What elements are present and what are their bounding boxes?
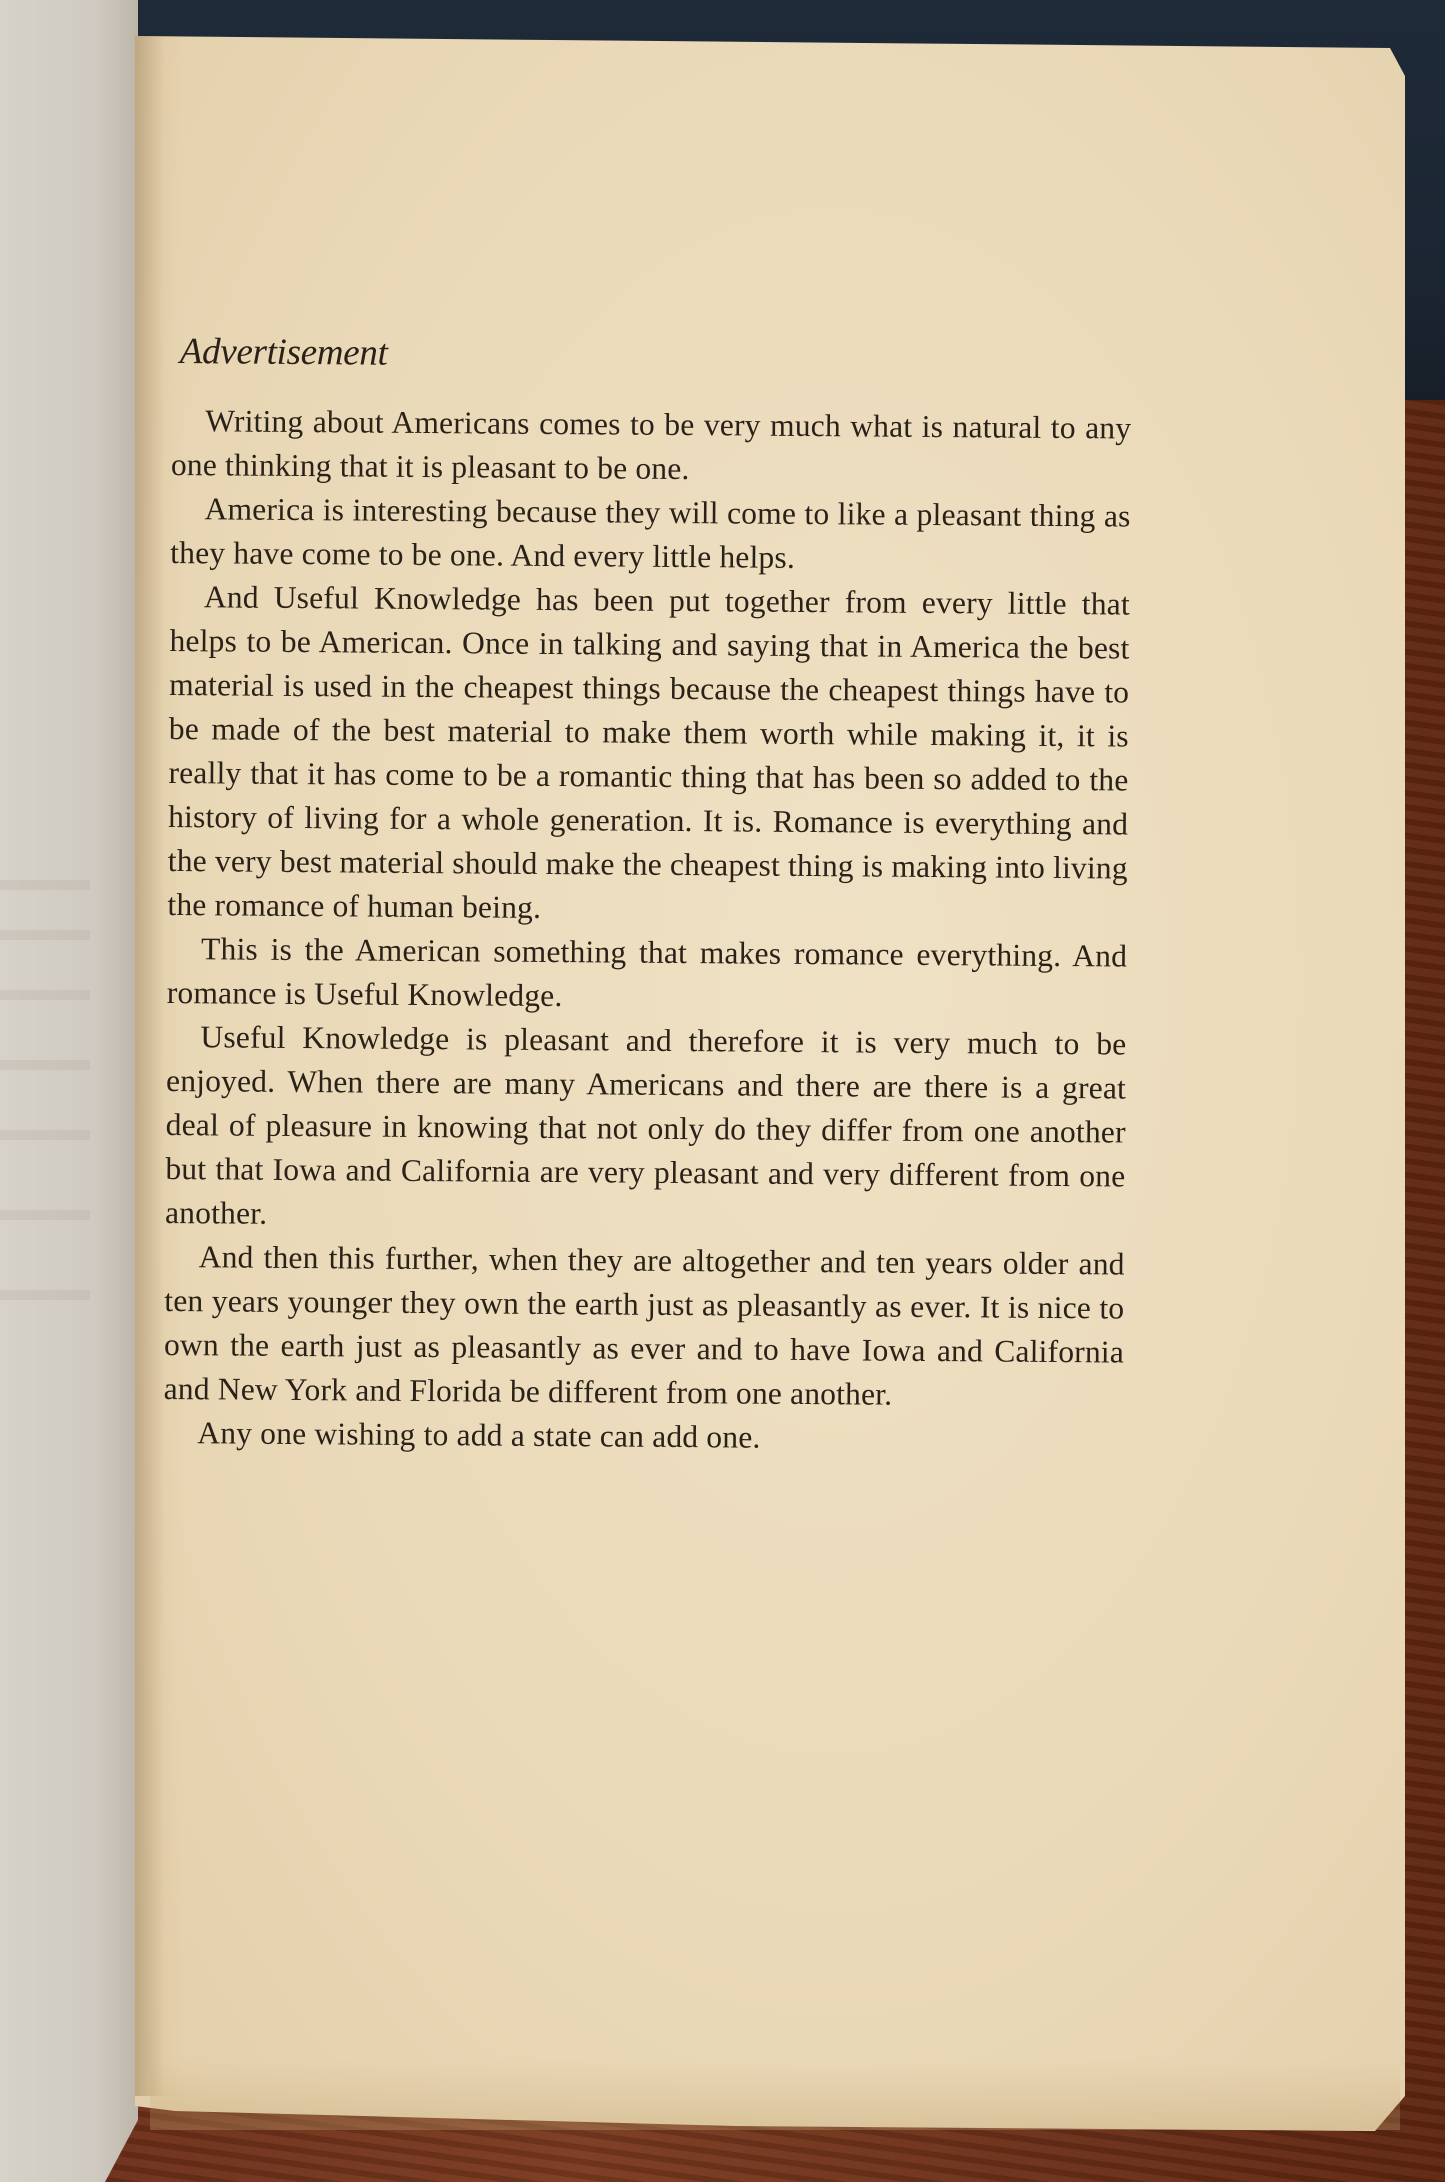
show-through-text: [0, 1290, 90, 1300]
show-through-text: [0, 1210, 90, 1220]
show-through-text: [0, 930, 90, 940]
deckled-bottom-edge: [150, 2060, 1400, 2130]
page-text: Advertisement Writing about Americans co…: [163, 330, 1132, 1463]
paragraph: Any one wishing to add a state can add o…: [163, 1411, 1123, 1463]
show-through-text: [0, 1060, 90, 1070]
paragraph: And then this further, when they are alt…: [164, 1235, 1125, 1419]
show-through-text: [0, 880, 90, 890]
paragraph: America is interesting because they will…: [170, 487, 1131, 583]
facing-page: [0, 0, 138, 2182]
paragraph: This is the American something that make…: [167, 927, 1128, 1023]
paragraph: Writing about Americans comes to be very…: [171, 399, 1132, 495]
section-heading: Advertisement: [180, 330, 1132, 380]
show-through-text: [0, 990, 90, 1000]
show-through-text: [0, 1130, 90, 1140]
paragraph: And Useful Knowledge has been put togeth…: [167, 575, 1130, 935]
paragraph: Useful Knowledge is pleasant and therefo…: [165, 1015, 1127, 1243]
